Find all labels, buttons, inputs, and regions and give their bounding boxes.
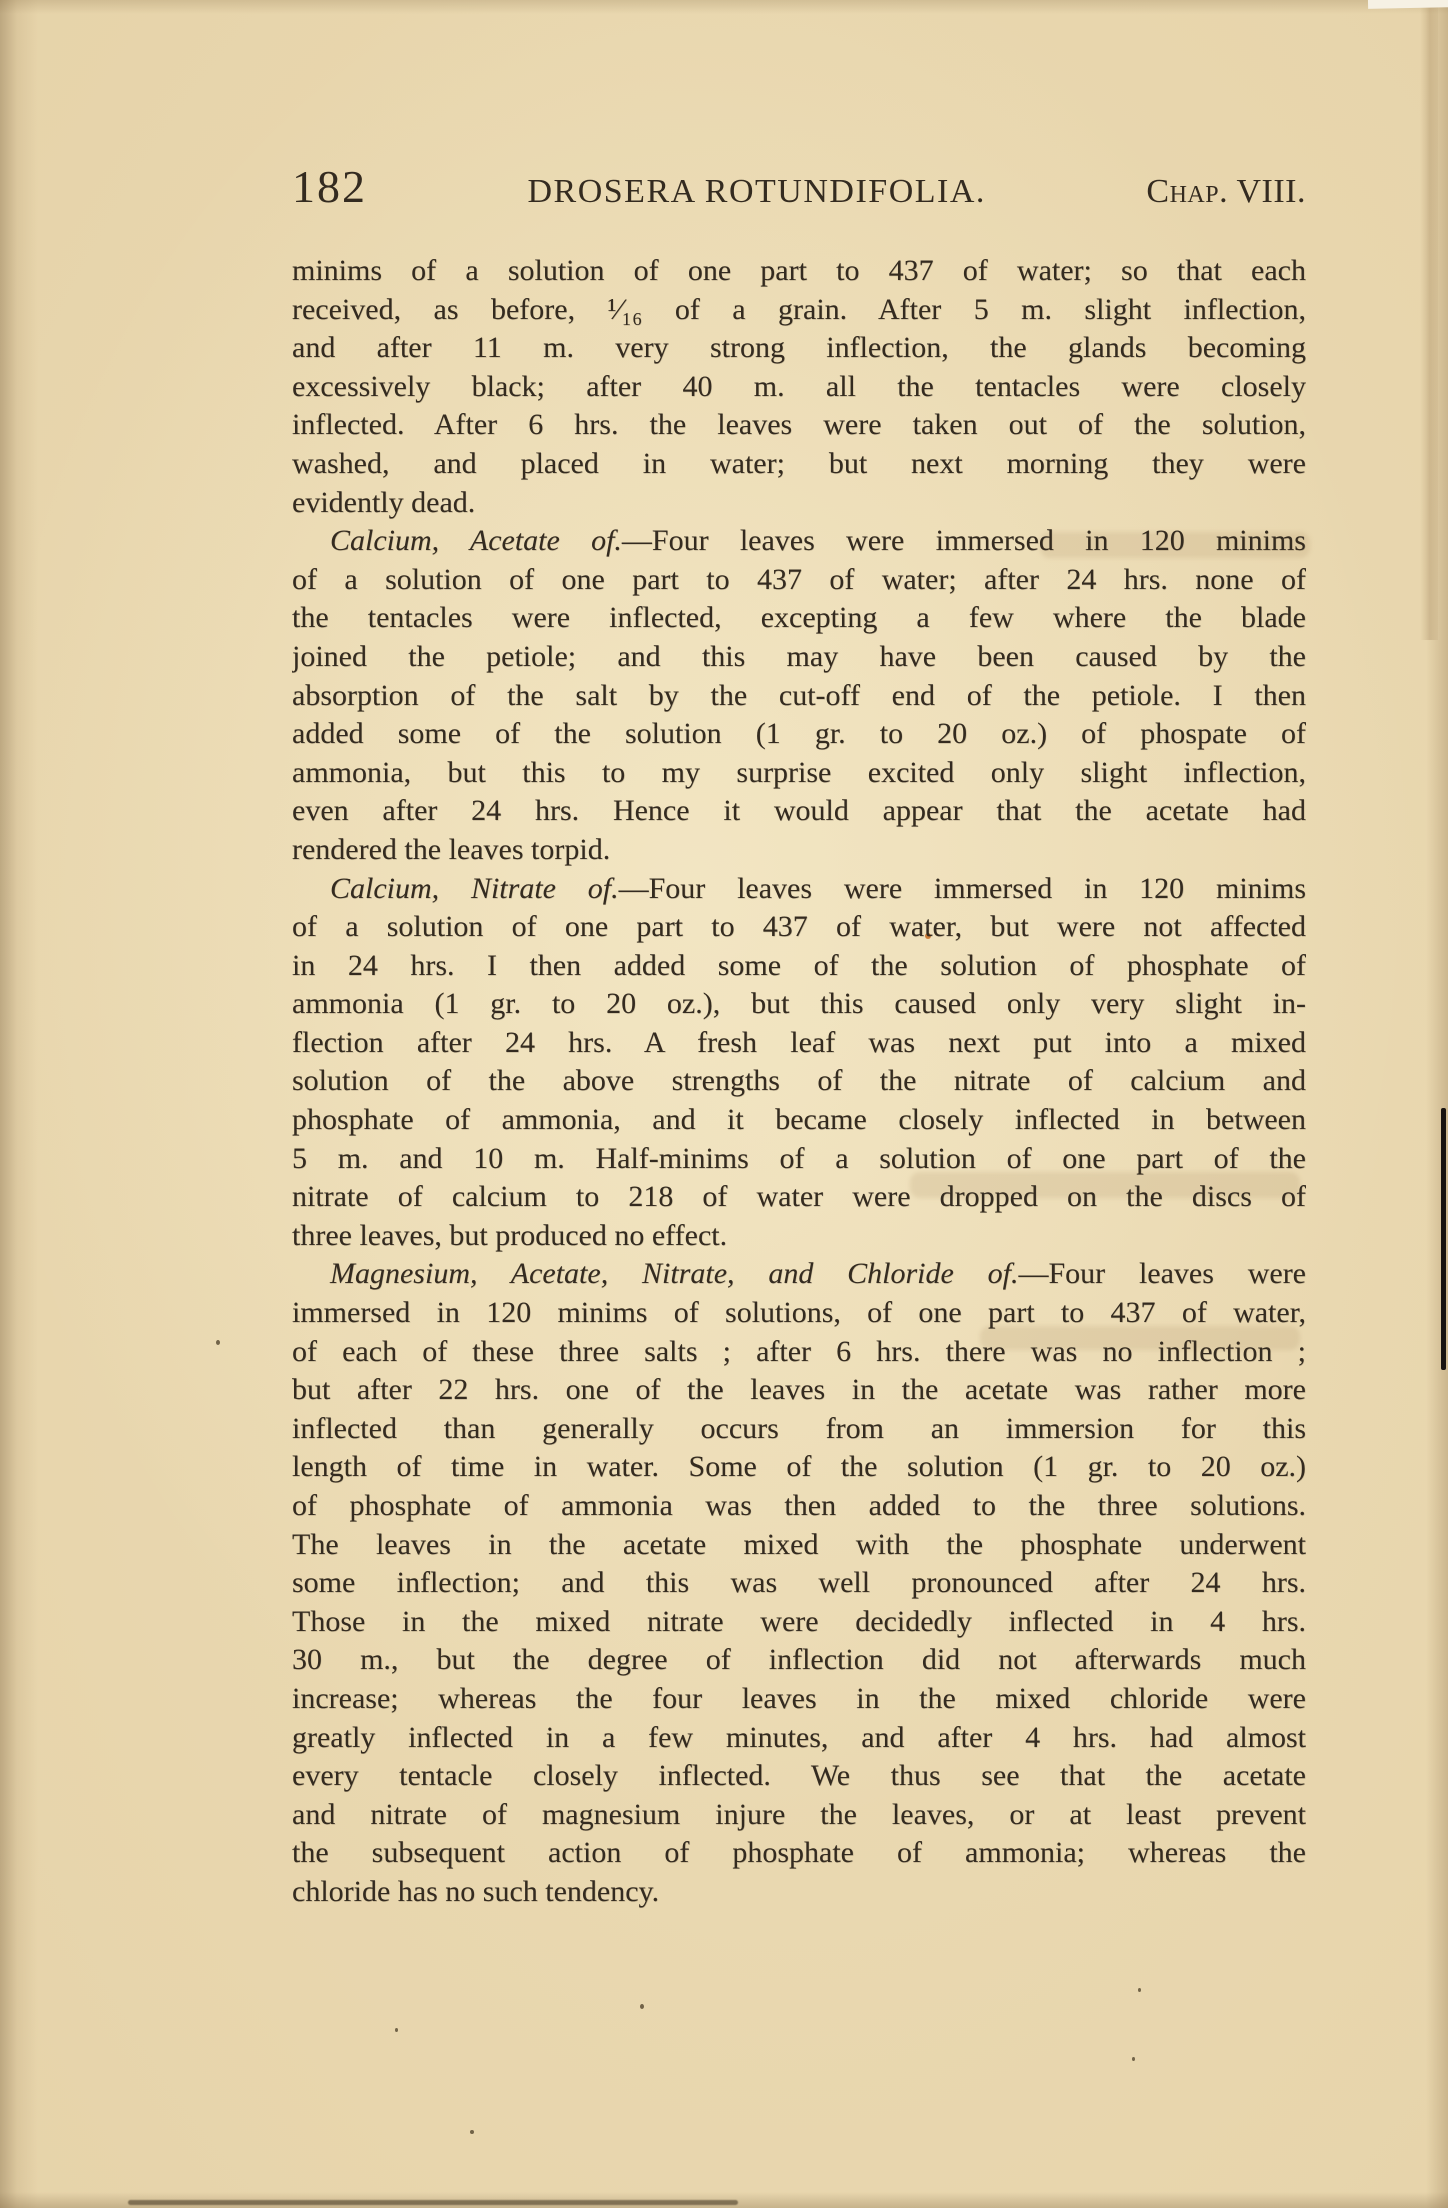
text-line: even after 24 hrs. Hence it would appear… <box>292 792 1306 831</box>
text-line: of a solution of one part to 437 of wate… <box>292 908 1306 947</box>
page-crease <box>1420 0 1438 640</box>
text-line: and nitrate of magnesium injure the leav… <box>292 1796 1306 1835</box>
paper-speck <box>216 1340 220 1345</box>
text-line: ammonia (1 gr. to 20 oz.), but this caus… <box>292 985 1306 1024</box>
paper-speck <box>470 2130 474 2134</box>
text-line: length of time in water. Some of the sol… <box>292 1448 1306 1487</box>
text-line: washed, and placed in water; but next mo… <box>292 445 1306 484</box>
text-line: of phosphate of ammonia was then added t… <box>292 1487 1306 1526</box>
text-line: absorption of the salt by the cut-off en… <box>292 677 1306 716</box>
paragraph-lead-italic: Calcium, Nitrate of. <box>330 872 619 905</box>
text-line: flection after 24 hrs. A fresh leaf was … <box>292 1024 1306 1063</box>
scan-edge-mark <box>1441 1108 1446 1370</box>
page-body: minims of a solution of one part to 437 … <box>292 252 1306 1912</box>
text-line: of a solution of one part to 437 of wate… <box>292 561 1306 600</box>
text-line: Calcium, Acetate of.—Four leaves were im… <box>292 522 1306 561</box>
text-line: the subsequent action of phosphate of am… <box>292 1834 1306 1873</box>
text-line: Magnesium, Acetate, Nitrate, and Chlorid… <box>292 1255 1306 1294</box>
page-number: 182 <box>292 160 367 213</box>
text-line: 5 m. and 10 m. Half-minims of a solution… <box>292 1140 1306 1179</box>
text-line: nitrate of calcium to 218 of water were … <box>292 1178 1306 1217</box>
text-line: minims of a solution of one part to 437 … <box>292 252 1306 291</box>
page-header: 182 DROSERA ROTUNDIFOLIA. Chap. VIII. <box>292 160 1306 213</box>
text-line: joined the petiole; and this may have be… <box>292 638 1306 677</box>
text-line: added some of the solution (1 gr. to 20 … <box>292 715 1306 754</box>
scan-edge-left <box>0 0 38 2208</box>
text-line: inflected than generally occurs from an … <box>292 1410 1306 1449</box>
paragraph-lead-italic: Magnesium, Acetate, Nitrate, and Chlorid… <box>330 1257 1018 1290</box>
text-line: chloride has no such tendency. <box>292 1873 1306 1912</box>
text-line: immersed in 120 minims of solutions, of … <box>292 1294 1306 1333</box>
text-line: excessively black; after 40 m. all the t… <box>292 368 1306 407</box>
text-line: and after 11 m. very strong inflection, … <box>292 329 1306 368</box>
paper-speck <box>640 2004 644 2009</box>
text-line: Those in the mixed nitrate were decidedl… <box>292 1603 1306 1642</box>
text-line: increase; whereas the four leaves in the… <box>292 1680 1306 1719</box>
paper-speck <box>1132 2057 1135 2061</box>
text-line: phosphate of ammonia, and it became clos… <box>292 1101 1306 1140</box>
paper-speck <box>1138 1988 1141 1992</box>
text-line: greatly inflected in a few minutes, and … <box>292 1719 1306 1758</box>
text-line: 30 m., but the degree of inflection did … <box>292 1641 1306 1680</box>
text-line: every tentacle closely inflected. We thu… <box>292 1757 1306 1796</box>
text-line: of each of these three salts ; after 6 h… <box>292 1333 1306 1372</box>
paper-speck <box>395 2028 398 2032</box>
text-line: received, as before, ¹⁄₁₆ of a grain. Af… <box>292 291 1306 330</box>
text-line: in 24 hrs. I then added some of the solu… <box>292 947 1306 986</box>
scan-edge-top <box>0 0 1448 14</box>
text-line: some inflection; and this was well prono… <box>292 1564 1306 1603</box>
chapter-label: Chap. VIII. <box>1146 173 1306 211</box>
paragraph-lead-italic: Calcium, Acetate of. <box>330 524 622 557</box>
text-line: ammonia, but this to my surprise excited… <box>292 754 1306 793</box>
text-line: solution of the above strengths of the n… <box>292 1062 1306 1101</box>
text-line: three leaves, but produced no effect. <box>292 1217 1306 1256</box>
running-title: DROSERA ROTUNDIFOLIA. <box>527 173 985 211</box>
text-line: inflected. After 6 hrs. the leaves were … <box>292 406 1306 445</box>
text-line: but after 22 hrs. one of the leaves in t… <box>292 1371 1306 1410</box>
text-line: rendered the leaves torpid. <box>292 831 1306 870</box>
text-line: Calcium, Nitrate of.—Four leaves were im… <box>292 870 1306 909</box>
text-line: The leaves in the acetate mixed with the… <box>292 1526 1306 1565</box>
text-line: evidently dead. <box>292 484 1306 523</box>
text-line: the tentacles were inflected, excepting … <box>292 599 1306 638</box>
book-page-scan: 182 DROSERA ROTUNDIFOLIA. Chap. VIII. mi… <box>0 0 1448 2208</box>
scan-bottom-shadow <box>128 2200 738 2205</box>
